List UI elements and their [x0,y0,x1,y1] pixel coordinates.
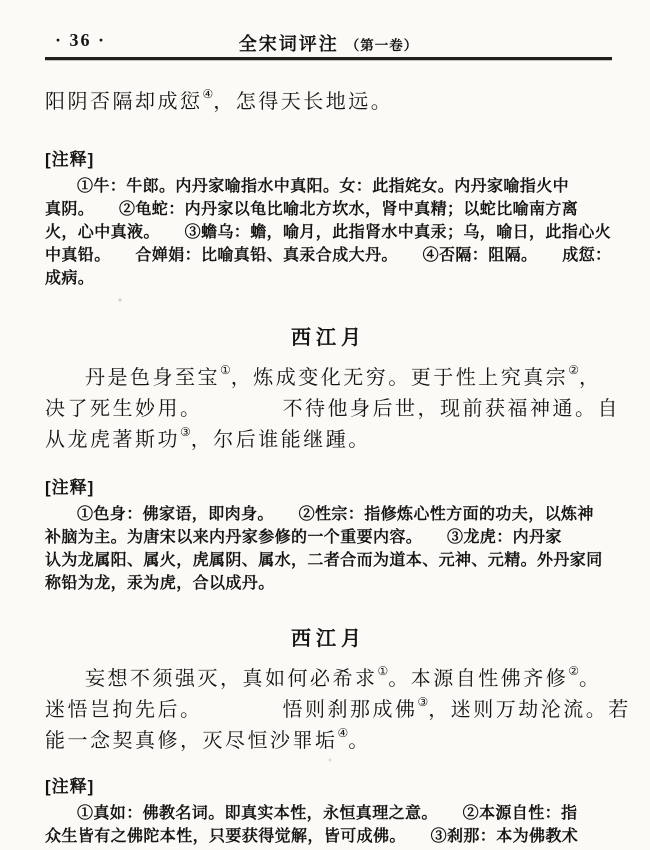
footnote-marker: ④ [203,87,214,101]
note-line: 成病。 [45,267,612,290]
poem-section-1: 西江月 丹是色身至宝①，炼成变化无穷。更于性上究真宗②， 决了死生妙用。 不待他… [45,321,612,456]
poem-line: 能一念契真修，灭尽恒沙罪垢④。 [45,726,612,757]
note-line: 认为龙属阳、属火，虎属阴、属水，二者合而为道本、元神、元精。外丹家同 [45,549,612,572]
notes-body: ①牛：牛郎。内丹家喻指水中真阳。女：此指姹女。内丹家喻指火中 真阴。 ②龟蛇：内… [45,175,612,290]
notes-section-1: [注释] ①牛：牛郎。内丹家喻指水中真阳。女：此指姹女。内丹家喻指火中 真阴。 … [45,145,612,290]
note-line: ①牛：牛郎。内丹家喻指水中真阳。女：此指姹女。内丹家喻指火中 [45,175,612,198]
poem-body: 丹是色身至宝①，炼成变化无穷。更于性上究真宗②， 决了死生妙用。 不待他身后世，… [45,363,612,456]
poem-continuation-line: 阳阴否隔却成愆④，怎得天长地远。 [45,87,612,118]
poem-line: 丹是色身至宝①，炼成变化无穷。更于性上究真宗②， [45,363,612,394]
notes-body: ①色身：佛家语，即肉身。 ②性宗：指修炼心性方面的功夫，以炼神 补脑为主。为唐宋… [45,503,612,595]
poem-body: 妄想不须强灭，真如何必希求①。本源自性佛齐修②。 迷悟岂拘先后。 悟则刹那成佛③… [45,664,612,757]
volume-label: （第一卷） [346,38,419,53]
notes-section-2: [注释] ①色身：佛家语，即肉身。 ②性宗：指修炼心性方面的功夫，以炼神 补脑为… [45,473,612,595]
poem-line: 妄想不须强灭，真如何必希求①。本源自性佛齐修②。 [45,664,612,695]
note-line: 称铅为龙，汞为虎，合以成丹。 [45,572,612,595]
note-line: ①真如：佛教名词。即真实本性，永恒真理之意。 ②本源自性：指 [45,802,612,825]
footnote-marker: ② [568,664,579,678]
poem-title: 西江月 [45,321,612,350]
notes-label: [注释] [45,772,612,797]
notes-label: [注释] [45,473,612,498]
page-header: · 36 · 全宋词评注 （第一卷） [45,30,612,54]
note-line: 众生皆有之佛陀本性，只要获得觉解，皆可成佛。 ③刹那：本为佛教术 [45,825,612,848]
note-line: 补脑为主。为唐宋以来内丹家参修的一个重要内容。 ③龙虎：内丹家 [45,526,612,549]
footnote-marker: ③ [180,425,191,439]
running-title: 全宋词评注 （第一卷） [45,30,612,56]
notes-body: ①真如：佛教名词。即真实本性，永恒真理之意。 ②本源自性：指 众生皆有之佛陀本性… [45,802,612,848]
footnote-marker: ③ [418,695,429,709]
notes-section-3: [注释] ①真如：佛教名词。即真实本性，永恒真理之意。 ②本源自性：指 众生皆有… [45,772,612,848]
footnote-marker: ① [220,363,231,377]
note-line: 火，心中真液。 ③蟾乌：蟾，喻月，此指肾水中真汞；乌，喻日，此指心火 [45,221,612,244]
footnote-marker: ④ [338,726,349,740]
footnote-marker: ① [378,664,389,678]
note-line: 真阴。 ②龟蛇：内丹家以龟比喻北方坎水，肾中真精；以蛇比喻南方离 [45,198,612,221]
book-page: · 36 · 全宋词评注 （第一卷） 阳阴否隔却成愆④，怎得天长地远。 [注释]… [0,0,650,850]
poem-line: 从龙虎著斯功③，尔后谁能继踵。 [45,425,612,456]
header-rule [45,57,612,60]
footnote-marker: ② [568,363,579,377]
poem-title: 西江月 [45,622,612,651]
poem-line: 迷悟岂拘先后。 悟则刹那成佛③，迷则万劫沦流。若 [45,695,612,726]
poem-section-2: 西江月 妄想不须强灭，真如何必希求①。本源自性佛齐修②。 迷悟岂拘先后。 悟则刹… [45,622,612,757]
book-title: 全宋词评注 [239,34,339,54]
page-number: · 36 · [55,30,106,51]
notes-label: [注释] [45,145,612,170]
poem-line: 决了死生妙用。 不待他身后世，现前获福神通。自 [45,394,612,425]
note-line: ①色身：佛家语，即肉身。 ②性宗：指修炼心性方面的功夫，以炼神 [45,503,612,526]
note-line: 中真铅。 合婵娟：比喻真铅、真汞合成大丹。 ④否隔：阻隔。 成愆： [45,244,612,267]
